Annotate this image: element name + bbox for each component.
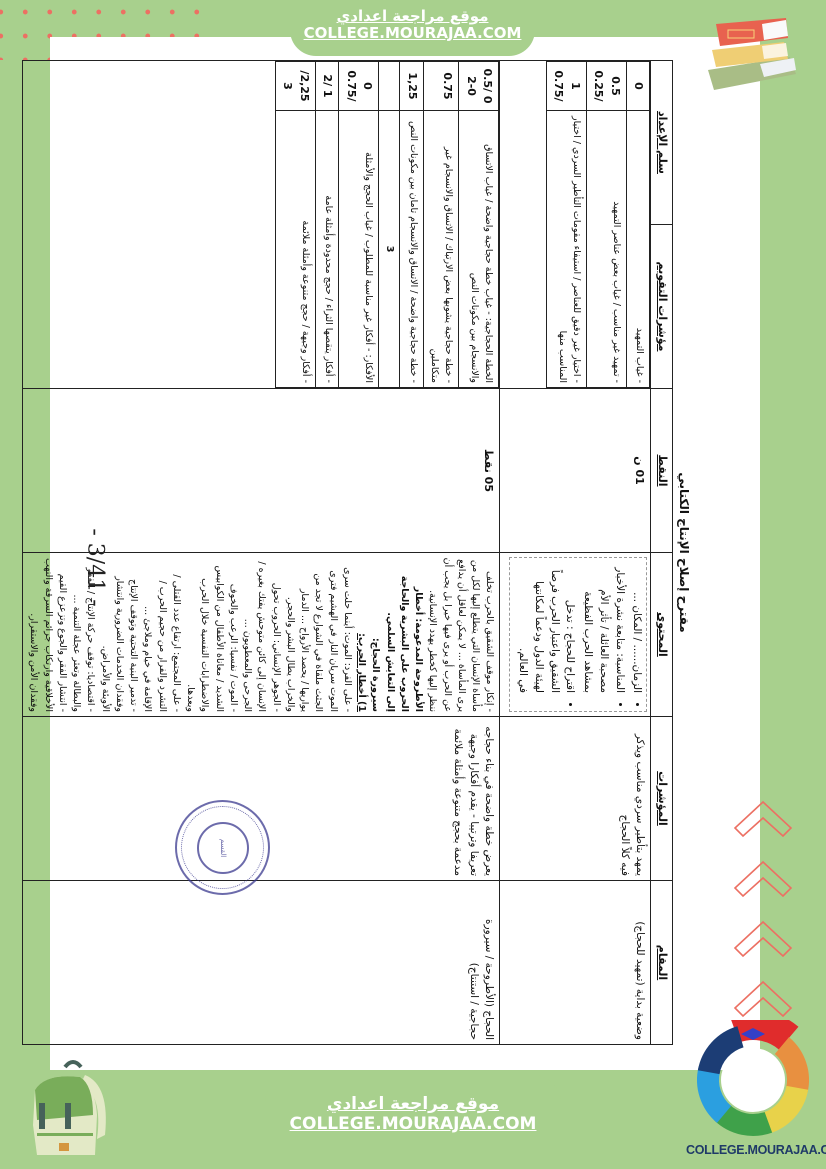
criterion-score: 1,25	[400, 62, 424, 111]
top-banner-arabic: موقع مراجعة اعدادي	[290, 8, 535, 25]
row2-content-line: - على المجتمع: ارتفاع عدد القتلى / التشر…	[140, 557, 183, 712]
row2-content-line: - على الفرد: الموت: أينما حلت سرى الموت …	[283, 557, 354, 712]
page-number-mark: - 3/41 -	[83, 528, 108, 606]
criterion-text: - اختيار غير دقيق للعناصر / استيفاء مقوم…	[547, 111, 587, 388]
document-title: مقترح إصلاح الإنتاج الكتابي	[673, 61, 696, 1045]
row2-stage: الحجاج (الأطروحة / سيرورة حجاجية / استنت…	[23, 881, 500, 1045]
row2-thesis: الأطروحة المدعومة: أخطار الحروب على البش…	[383, 557, 426, 712]
stamp-center: القسم	[197, 822, 249, 874]
row1-note: 01 ن	[500, 389, 651, 553]
criterion-score: 0	[627, 62, 651, 111]
row2-section-title: 1) أخطار الحرب:	[354, 557, 368, 712]
criterion-score: 0 /0.75	[339, 62, 379, 111]
row1-content: الزمان...... / المكان ... المناسبة: متاب…	[500, 553, 651, 717]
backpack-icon	[15, 1055, 115, 1160]
header-indicators: المؤشرات	[651, 717, 673, 881]
books-stack-icon	[700, 12, 800, 92]
bottom-banner-url[interactable]: COLLEGE.MOURAJAA.COM	[290, 1114, 537, 1134]
criterion-text: - خطة حجاجية يشوبها بعض الارتباك / الاتس…	[424, 111, 460, 388]
criterion-score: 0.5 /0.25	[587, 62, 627, 111]
row2-content-line: - الجوهر الإنساني: الحروب تحول الإنسان إ…	[240, 557, 283, 712]
row2-content-line: - إنكار موقف الشقيق بالحرب تخلف مأساة ال…	[425, 557, 496, 712]
table-row: وضعية بداية (تمهيد للحجاج) يمهد بتأطير س…	[500, 61, 651, 1045]
criterion-text: - تمهيد غير مناسب / غياب بعض عناصر التمه…	[587, 111, 627, 388]
criterion-score: 1 /2	[315, 62, 339, 111]
brand-logo-text: COLLEGE.MOURAJAA.COM	[686, 1143, 826, 1157]
row2-content-line: - انتشار الفقر والجوع وتزعزع القيم الأخل…	[26, 557, 69, 712]
criterion-text: الخطة الحجاجية: - غياب خطة حجاجية واضحة …	[459, 111, 499, 388]
header-content: المحتوى	[651, 553, 673, 717]
header-note: النقط	[651, 389, 673, 553]
scanned-document: مقترح إصلاح الإنتاج الكتابي المقام المؤش…	[95, 60, 695, 1050]
header-criteria: مؤشرات التقويم	[651, 225, 673, 389]
row1-content-box: الزمان...... / المكان ... المناسبة: متاب…	[510, 557, 648, 712]
criterion-text: - أفكار وجيهة / حجج متنوعة وأمثلة ملائمة	[275, 111, 315, 388]
header-score: سلم الإعداد	[651, 61, 673, 225]
row1-content-line: الزمان...... / المكان ...	[629, 564, 645, 693]
grading-table: مقترح إصلاح الإنتاج الكتابي المقام المؤش…	[22, 60, 695, 1045]
top-watermark-banner[interactable]: موقع مراجعة اعدادي COLLEGE.MOURAJAA.COM	[290, 0, 535, 56]
criterion-score: 1 /0.75	[547, 62, 587, 111]
criterion-score: 0 /0.5 2-0	[459, 62, 499, 111]
criterion-score: 2,25/ 3	[275, 62, 315, 111]
criterion-score: 0.75	[424, 62, 460, 111]
criterion-text: الأفكار: - أفكار غير مناسبة للمطلوب / غي…	[339, 111, 379, 388]
row1-stage: وضعية بداية (تمهيد للحجاج)	[500, 881, 651, 1045]
criterion-text: - غياب التمهيد	[627, 111, 651, 388]
criterion-text: - خطة حجاجية واضحة / الاتساق والانسجام ت…	[400, 111, 424, 388]
header-stage: المقام	[651, 881, 673, 1045]
row1-content-line: اقتراح للحجاج : تدخل الشقيق واعتبار الحر…	[515, 564, 578, 693]
row1-indicators: يمهد بتأطير سردي مناسب ويذكر فيه كلاً ال…	[500, 717, 651, 881]
grading-table-rotated: مقترح إصلاح الإنتاج الكتابي المقام المؤش…	[95, 60, 695, 1045]
college-logo-wheel-icon	[693, 1020, 813, 1140]
row1-criteria: - غياب التمهيد0 - تمهيد غير مناسب / غياب…	[500, 61, 651, 389]
official-stamp: القسم	[175, 800, 270, 895]
row1-content-line: المناسبة: متابعة نشرة الأخبار مصحبة العا…	[580, 564, 627, 693]
row2-content-line: - الموت / نفسيا: الرعب والخوف الشديد / م…	[183, 557, 240, 712]
criteria-group-label: 3	[379, 111, 400, 388]
top-banner-url[interactable]: COLLEGE.MOURAJAA.COM	[304, 24, 522, 42]
row2-process-title: سيرورة الحجاج:	[368, 557, 382, 712]
chevron-up-decoration-icon	[733, 790, 803, 1030]
criterion-text: - أفكار يتقصها الثراء / حجج محدودة وأمثل…	[315, 111, 339, 388]
bottom-watermark-banner[interactable]: موقع مراجعة اعدادي COLLEGE.MOURAJAA.COM	[265, 1075, 561, 1169]
bottom-banner-arabic: موقع مراجعة اعدادي	[265, 1095, 561, 1115]
row2-criteria: الخطة الحجاجية: - غياب خطة حجاجية واضحة …	[23, 61, 500, 389]
